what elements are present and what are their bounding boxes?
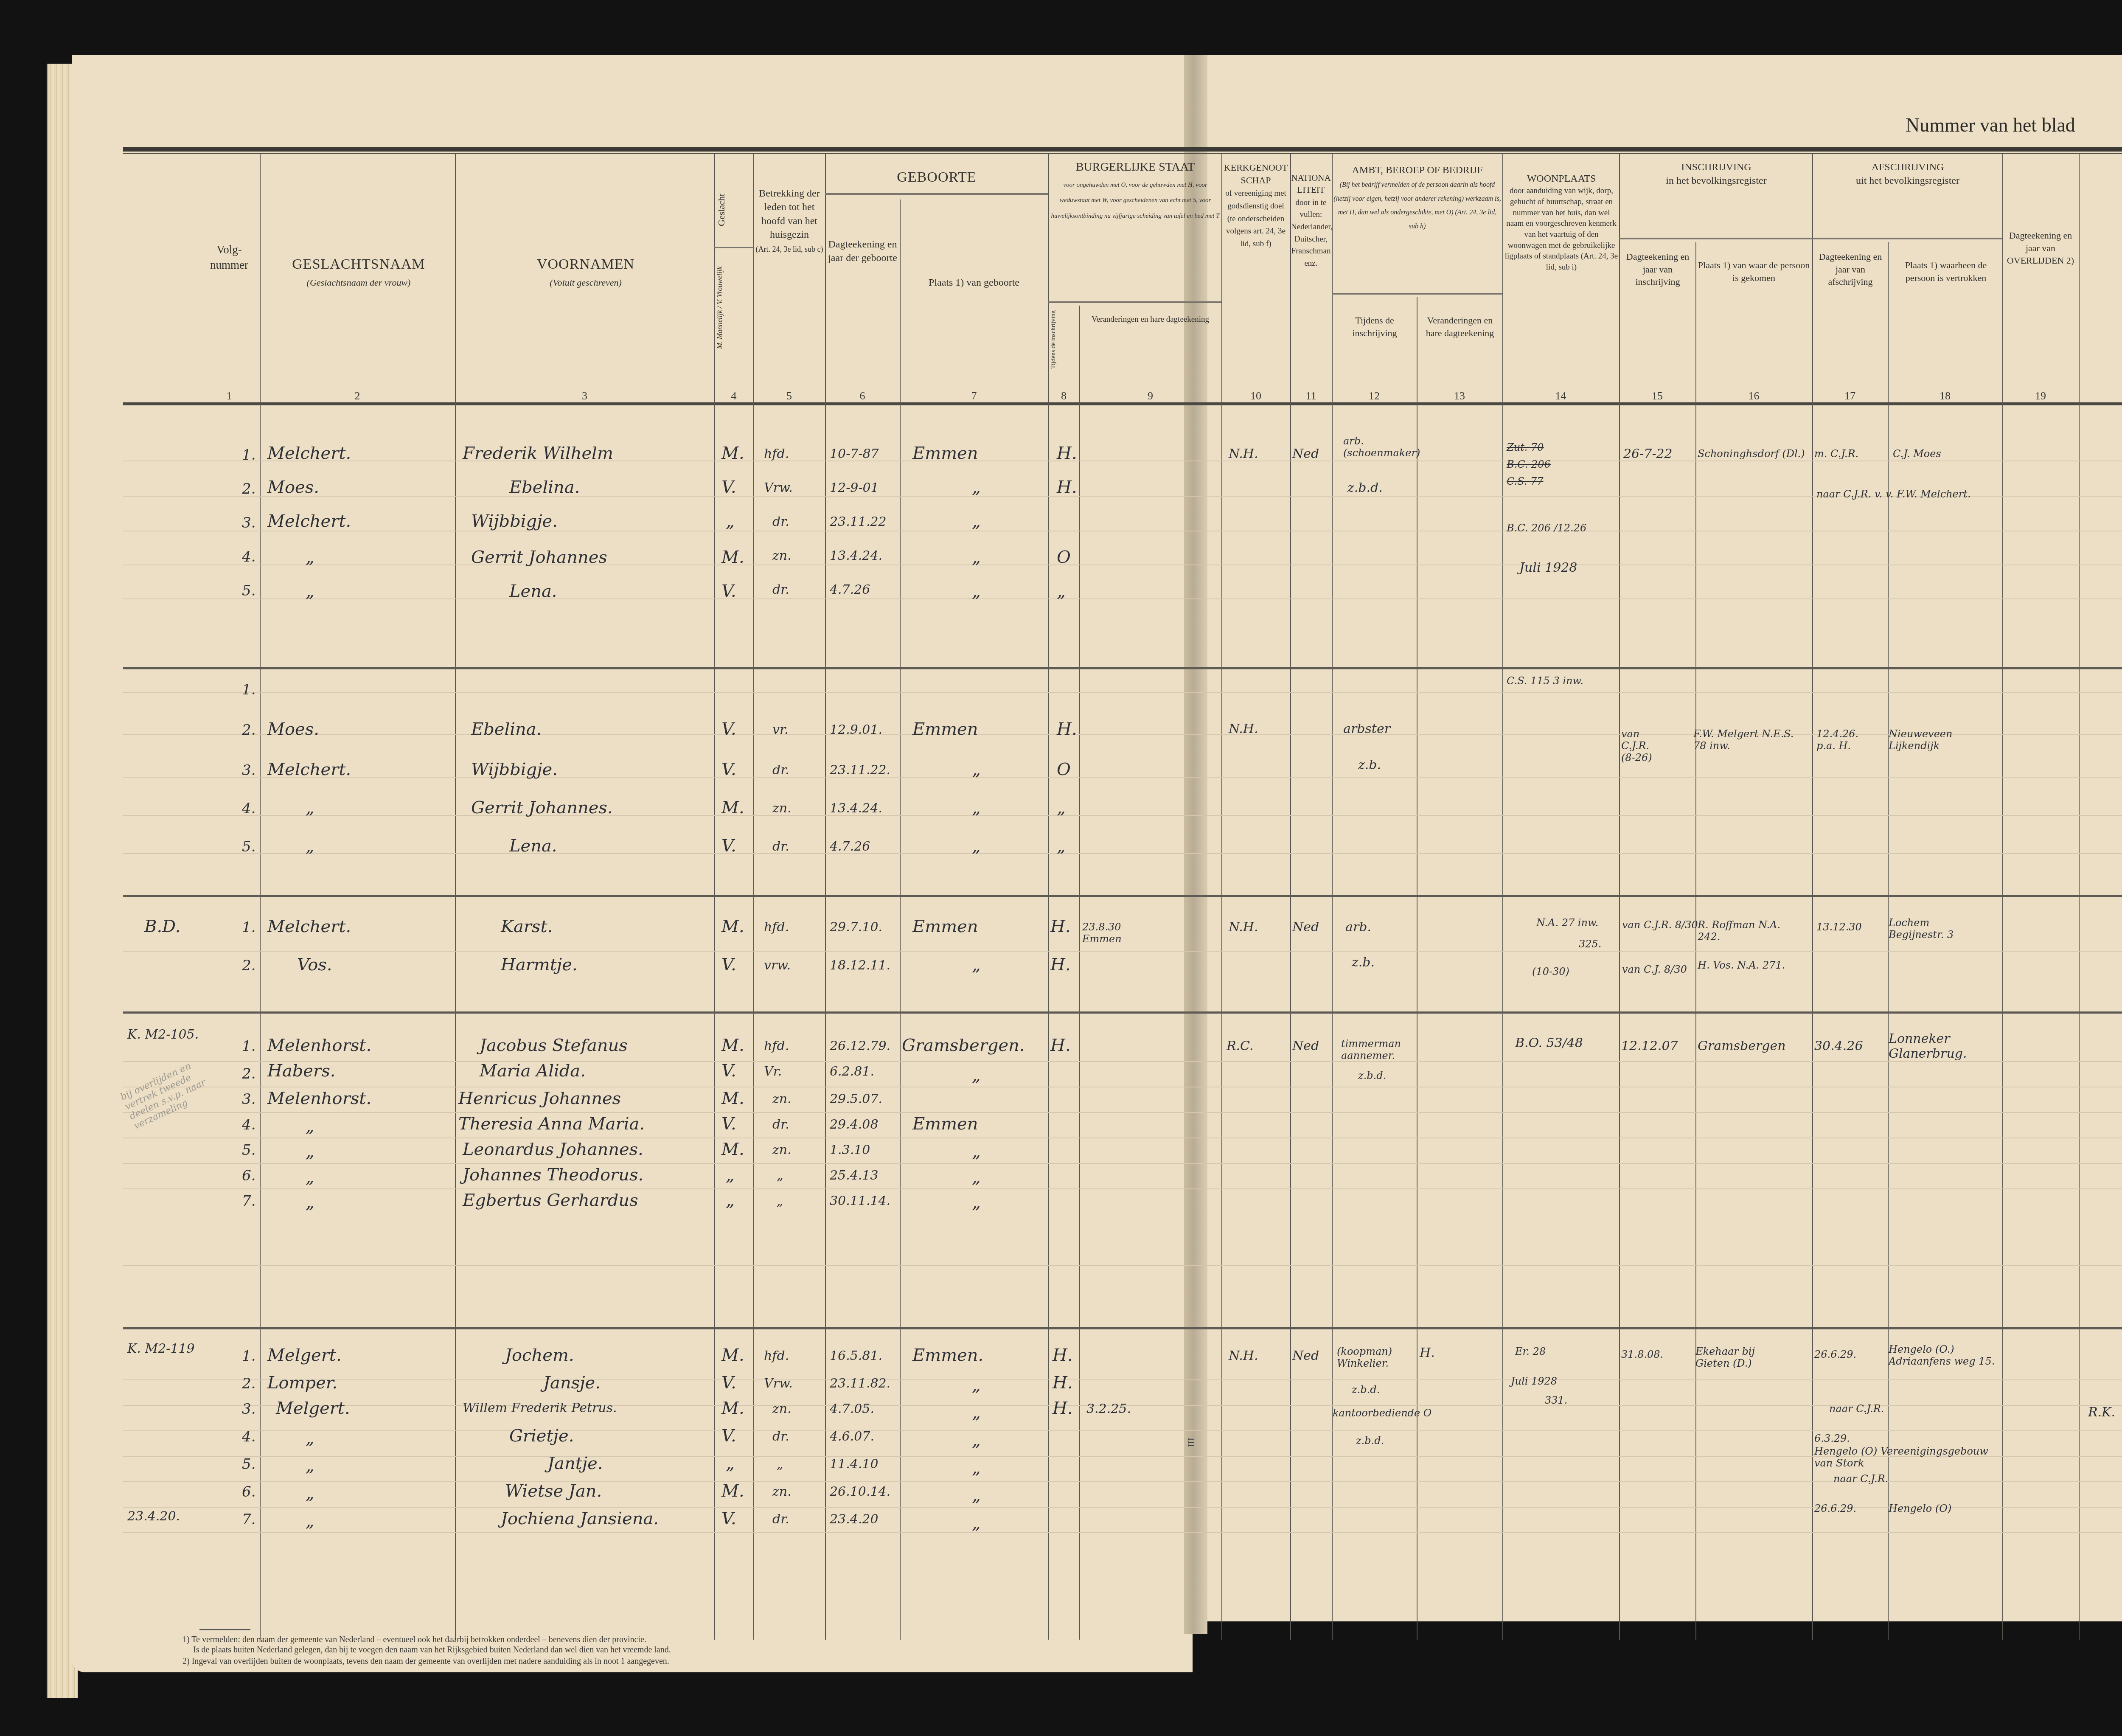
right-page [1195, 55, 2122, 1621]
relation: Vrw. [764, 480, 793, 495]
given-names: Egbertus Gerhardus [463, 1191, 638, 1210]
residence: (10-30) [1532, 966, 1569, 978]
margin-date: 23.4.20. [127, 1509, 180, 1524]
header-burgerlijke-staat-note: voor ongehuwden met O, voor de gehuwden … [1051, 182, 1219, 219]
nationality: Ned [1292, 447, 1319, 461]
group-rule-ambt [1332, 293, 1502, 295]
row-number: 7. [242, 1511, 255, 1528]
sex: M. [721, 798, 744, 817]
sex: „ [726, 1454, 735, 1473]
relation: dr. [772, 1429, 789, 1444]
residence: C.S. 115 3 inw. [1507, 675, 1583, 687]
registration-from-2: H. Vos. N.A. 271. [1698, 959, 1791, 971]
gutter-signature-mark: III [1186, 1438, 1197, 1447]
relation: dr. [772, 514, 789, 529]
registration-from: Ekehaar bij Gieten (D.) [1695, 1346, 1780, 1369]
header-inschrijving-sub: in het bevolkingsregister [1666, 175, 1766, 186]
birth-place: „ [972, 1486, 981, 1505]
row-number: 7. [242, 1193, 255, 1210]
birth-place: „ [972, 1193, 981, 1212]
col-num: 2 [260, 390, 455, 402]
given-names: Frederik Wilhelm [463, 444, 613, 463]
col-sep [900, 199, 901, 1640]
relation: dr. [772, 839, 789, 854]
col-num: 20 [2079, 390, 2122, 402]
header-geslachtsnaam: GESLACHTSNAAM(Geslachtsnaam der vrouw) [263, 255, 454, 289]
occupation: arb. [1345, 920, 1371, 935]
header-geboorte: GEBOORTE [825, 168, 1048, 187]
relation: dr. [772, 1512, 789, 1527]
ruled-line [123, 815, 2122, 816]
deregistration-to: Hengelo (O.) Adriaanfens weg 15. [1889, 1343, 1999, 1367]
header-betrekking-title: Betrekking der leden tot het hoofd van h… [759, 188, 820, 240]
header-bottom-rule [123, 402, 2122, 405]
birth-place: „ [972, 1458, 981, 1478]
residence: N.A. 27 inw. [1536, 917, 1598, 929]
header-voornamen: VOORNAMEN(Voluit geschreven) [458, 255, 713, 289]
sheet-number-label: Nummer van het blad [1906, 114, 2075, 136]
ruled-line [123, 1379, 2122, 1380]
footnote-2: 2) Ingeval van overlijden buiten de woon… [182, 1657, 669, 1666]
col-num: 19 [2002, 390, 2079, 402]
deregistration-to-2: Hengelo (O) Vereenigingsgebouw van Stork [1814, 1445, 2001, 1469]
birth-place: „ [972, 1065, 981, 1085]
relation: zn. [772, 548, 792, 563]
col-sep [1417, 297, 1417, 1640]
header-afschrijving: AFSCHRIJVINGuit het bevolkingsregister [1814, 160, 2001, 188]
birth-place: „ [972, 760, 981, 779]
church: N.H. [1229, 920, 1258, 935]
row-number: 2. [242, 1065, 255, 1082]
ruled-line [123, 1163, 2122, 1164]
deregistration-to: Lochem Begijnestr. 3 [1889, 917, 1973, 941]
sex: M. [721, 1481, 744, 1501]
header-bs-tijdens: Tijdens de inschrijving [1049, 310, 1078, 369]
header-betrekking-sub: (Art. 24, 3e lid, sub c) [756, 245, 823, 253]
birth-date: 23.11.22 [830, 514, 887, 529]
surname: „ [306, 798, 314, 817]
header-afschrijving-sub: uit het bevolkingsregister [1856, 175, 1959, 186]
given-names: Jochem. [505, 1346, 574, 1365]
header-inschrijving-plaats: Plaats 1) van waar de persoon is gekomen [1698, 259, 1810, 284]
household-separator [123, 1011, 2122, 1014]
relation: Vrw. [764, 1376, 793, 1391]
col-sep [825, 154, 826, 1640]
row-number: 4. [242, 548, 255, 565]
residence: B.C. 206 /12.26 [1507, 522, 1586, 534]
occupation-2: z.b.d. [1358, 1070, 1386, 1081]
header-nationaliteit-title: NATIONALITEIT [1291, 173, 1330, 195]
ruled-line [123, 1430, 2122, 1431]
birth-date: 23.4.20 [830, 1512, 879, 1527]
birth-date: 25.4.13 [830, 1168, 879, 1183]
header-inschrijving-datum: Dagteekening en jaar van inschrijving [1621, 250, 1694, 288]
civil-status: H. [1050, 1036, 1071, 1055]
civil-status: H. [1053, 1373, 1073, 1393]
relation: vr. [772, 722, 789, 737]
ruled-line [123, 1532, 2122, 1533]
relation: zn. [772, 1143, 792, 1157]
given-names: Willem Frederik Petrus. [463, 1401, 617, 1416]
ruled-line [123, 598, 2122, 599]
col-num: 16 [1695, 390, 1812, 402]
header-geslacht: Geslacht [715, 178, 752, 242]
sex: „ [726, 511, 735, 531]
deregistration-to: Nieuweveen Lijkendijk [1889, 728, 1965, 752]
given-names: Theresia Anna Maria. [458, 1114, 645, 1134]
ruled-line [123, 1481, 2122, 1482]
surname: Moes. [267, 719, 319, 739]
registration-from: R. Roffman N.A. 242. [1698, 919, 1791, 943]
residence: C.S. 77 [1507, 475, 1544, 487]
birth-place: „ [972, 1142, 981, 1161]
row-number: 1. [242, 447, 255, 463]
relation: „ [777, 1457, 783, 1472]
ruled-line [123, 531, 2122, 531]
deregistration-note: naar C.J.R. v. v. F.W. Melchert. [1816, 488, 1971, 500]
civil-status: „ [1057, 798, 1066, 817]
surname: Melchert. [267, 917, 351, 936]
row-number: 2. [242, 480, 255, 497]
church: N.H. [1229, 447, 1258, 461]
row-number: 2. [242, 1375, 255, 1392]
household-separator [123, 895, 2122, 897]
header-nationaliteit-sub: door in te vullen: Nederlander, Duitsche… [1291, 198, 1333, 268]
surname: Vos. [297, 955, 332, 975]
header-woonplaats-sub: door aanduiding van wijk, dorp, gehucht … [1505, 186, 1618, 271]
surname: Melgert. [267, 1346, 342, 1365]
sex: M. [721, 917, 744, 936]
birth-place: „ [972, 1375, 981, 1395]
row-number: 4. [242, 800, 255, 817]
header-ambt: AMBT, BEROEP OF BEDRIJF(Bij het bedrijf … [1333, 163, 1501, 232]
group-rule-inschrijving [1619, 238, 1812, 239]
surname: Melenhorst. [267, 1089, 371, 1108]
relation: zn. [772, 801, 792, 816]
birth-date: 6.2.81. [830, 1064, 874, 1079]
given-names: Jochiena Jansiena. [501, 1509, 659, 1528]
remark-2: R.K. [2088, 1405, 2115, 1420]
birth-place: „ [972, 1430, 981, 1450]
nationality: Ned [1292, 920, 1319, 935]
header-geslachtsnaam-sub: (Geslachtsnaam der vrouw) [307, 277, 411, 288]
ruled-line [123, 1265, 2122, 1266]
birth-date: 29.7.10. [830, 920, 882, 935]
row-number: 1. [242, 1038, 255, 1055]
surname: Melenhorst. [267, 1036, 371, 1055]
ruled-line [123, 1087, 2122, 1087]
row-number: 4. [242, 1116, 255, 1133]
surname: „ [306, 1116, 314, 1136]
occupation-2: z.b. [1352, 955, 1375, 970]
header-voornamen-title: VOORNAMEN [537, 256, 634, 272]
col-sep [2079, 154, 2080, 1640]
birth-date: 13.4.24. [830, 801, 882, 816]
civil-status: H. [1050, 917, 1071, 936]
residence: B.C. 206 [1507, 458, 1551, 470]
civil-status: O [1057, 760, 1071, 779]
row-number: 2. [242, 722, 255, 739]
header-ambt-note: (Bij het bedrijf vermelden of de persoon… [1333, 181, 1501, 230]
church: R.C. [1227, 1039, 1254, 1053]
residence: B.O. 53/48 [1515, 1036, 1583, 1051]
margin-reference: K. M2-105. [127, 1027, 199, 1042]
row-number: 5. [242, 1456, 255, 1473]
sex: M. [721, 1399, 744, 1418]
given-names: Harmtje. [501, 955, 578, 975]
ruled-line [123, 853, 2122, 854]
col-sep [1048, 154, 1049, 1640]
birth-place: Gramsbergen. [902, 1036, 1025, 1055]
margin-reference: K. M2-119 [127, 1341, 195, 1356]
header-betrekking: Betrekking der leden tot het hoofd van h… [755, 187, 823, 256]
given-names: Lena. [509, 581, 557, 601]
birth-place: Emmen [912, 1114, 978, 1134]
sex: V. [721, 581, 736, 601]
col-sep [1290, 154, 1291, 1640]
birth-date: 26.12.79. [830, 1039, 890, 1053]
sex: V. [721, 1509, 736, 1528]
header-geslachtsnaam-title: GESLACHTSNAAM [292, 256, 425, 272]
civil-status: O [1057, 548, 1071, 567]
relation: dr. [772, 1117, 789, 1132]
registration-from: Schoninghsdorf (Dl.) [1698, 448, 1805, 460]
given-names: Jacobus Stefanus [480, 1036, 628, 1055]
row-number: 3. [242, 1091, 255, 1108]
relation: hfd. [764, 1348, 789, 1363]
group-rule-afschrijving [1812, 238, 2002, 239]
surname: Melchert. [267, 444, 351, 463]
birth-date: 11.4.10 [830, 1457, 879, 1472]
surname: „ [306, 1511, 314, 1531]
footnote-1b: Is de plaats buiten Nederland gelegen, d… [193, 1645, 671, 1655]
sex: M. [721, 1140, 744, 1159]
header-burgerlijke-staat: BURGERLIJKE STAATvoor ongehuwden met O, … [1050, 159, 1220, 222]
col-sep [714, 154, 715, 1640]
occupation-2: z.b.d. [1347, 480, 1383, 495]
relation: dr. [772, 582, 789, 597]
given-names: Leonardus Johannes. [463, 1140, 643, 1159]
birth-place: „ [972, 1513, 981, 1533]
header-overlijden: Dagteekening en jaar van OVERLIJDEN 2) [2004, 229, 2077, 267]
relation: hfd. [764, 1039, 789, 1053]
ruled-line [123, 777, 2122, 778]
ruled-line [123, 1061, 2122, 1062]
birth-date: 29.4.08 [830, 1117, 879, 1132]
birth-place: „ [972, 511, 981, 531]
occupation-3: kantoorbediende O [1333, 1407, 1432, 1419]
birth-date: 13.4.24. [830, 548, 882, 563]
birth-date: 29.5.07. [830, 1092, 882, 1107]
sex: V. [721, 478, 736, 497]
birth-place: „ [972, 1403, 981, 1422]
occupation-2: z.b.d. [1352, 1384, 1380, 1396]
ruled-line [123, 1188, 2122, 1189]
group-rule-geboorte [825, 193, 1048, 195]
header-kerkgenootschap-sub: of vereeniging met godsdienstig doel (te… [1225, 189, 1286, 248]
deregistration-to: Lonneker Glanerbrug. [1889, 1031, 1982, 1061]
relation: zn. [772, 1484, 792, 1499]
col-num: 1 [199, 390, 259, 402]
sex: V. [721, 955, 736, 975]
deregistration-note: naar C.J.R. [1829, 1403, 1884, 1415]
col-num: 5 [753, 390, 825, 402]
birth-date: 26.10.14. [830, 1484, 890, 1499]
civil-status-change: 23.8.30 Emmen [1082, 921, 1129, 945]
given-names: Gerrit Johannes [471, 548, 607, 567]
row-number: 1. [242, 919, 255, 936]
church: N.H. [1229, 722, 1258, 736]
surname: Moes. [267, 478, 319, 497]
nationality: Ned [1292, 1348, 1319, 1363]
deregistration-to: C.J. Moes [1893, 448, 1941, 460]
residence: Zut. 70 [1507, 441, 1544, 453]
header-inschrijving-title: INSCHRIJVING [1681, 162, 1751, 173]
header-burgerlijke-staat-title: BURGERLIJKE STAAT [1076, 160, 1195, 174]
civil-status: H. [1057, 719, 1077, 739]
deregistration-date: 26.6.29. [1814, 1348, 1856, 1360]
given-names: Ebelina. [471, 719, 542, 739]
given-names: Ebelina. [509, 478, 580, 497]
birth-place: Emmen. [912, 1346, 983, 1365]
col-sep [1502, 154, 1503, 1640]
header-volgnummer: Volg-nummer [199, 242, 259, 273]
sex: V. [721, 719, 736, 739]
header-afschrijving-datum: Dagteekening en jaar van afschrijving [1814, 250, 1886, 288]
birth-place: „ [972, 548, 981, 567]
birth-place: „ [972, 798, 981, 817]
relation: dr. [772, 763, 789, 778]
given-names: Jantje. [547, 1454, 603, 1473]
residence: Juli 1928 [1519, 560, 1577, 575]
given-names: Wijbbigje. [471, 760, 558, 779]
residence: 331. [1545, 1394, 1567, 1406]
surname: „ [306, 1167, 314, 1187]
civil-status: H. [1053, 1346, 1073, 1365]
header-afschrijving-plaats: Plaats 1) waarheen de persoon is vertrok… [1891, 259, 2001, 284]
header-woonplaats-title: WOONPLAATS [1527, 173, 1596, 184]
row-number: 3. [242, 1401, 255, 1418]
ruled-line [123, 1112, 2122, 1113]
occupation: arb. (schoenmaker) [1343, 435, 1415, 459]
household-separator [123, 667, 2122, 669]
sex: V. [721, 1061, 736, 1081]
given-names: Gerrit Johannes. [471, 798, 613, 817]
birth-place: „ [972, 1167, 981, 1187]
registration-from: F.W. Melgert N.E.S. 78 inw. [1693, 728, 1799, 752]
surname: Melchert. [267, 760, 351, 779]
header-voornamen-sub: (Voluit geschreven) [550, 277, 622, 288]
col-num: 14 [1502, 390, 1619, 402]
birth-date: 23.11.22. [830, 763, 890, 778]
surname: „ [306, 1193, 314, 1212]
birth-place: „ [972, 478, 981, 497]
row-number: 3. [242, 762, 255, 779]
sex: M. [721, 1346, 744, 1365]
birth-date: 10-7-87 [830, 447, 879, 461]
col-num: 3 [455, 390, 714, 402]
header-geboorte-datum: Dagteekening en jaar der geboorte [828, 238, 898, 265]
margin-note: B.D. [144, 917, 180, 936]
header-inschrijving: INSCHRIJVINGin het bevolkingsregister [1621, 160, 1811, 188]
registration-date: 31.8.08. [1621, 1348, 1663, 1360]
col-sep [753, 154, 754, 1640]
sex: M. [721, 1036, 744, 1055]
birth-date: 12.9.01. [830, 722, 882, 737]
residence: Er. 28 [1515, 1346, 1546, 1357]
sex: „ [726, 1165, 735, 1185]
deregistration-date: 12.4.26. p.a. H. [1816, 728, 1863, 752]
row-number: 5. [242, 838, 255, 855]
col-num: 4 [714, 390, 753, 402]
surname: „ [306, 1456, 314, 1475]
occupation: timmerman aannemer. [1341, 1038, 1413, 1062]
header-kerkgenootschap: KERKGENOOTSCHAPof vereeniging met godsdi… [1222, 161, 1289, 250]
surname: „ [306, 548, 314, 567]
given-names: Wijbbigje. [471, 511, 558, 531]
row-number: 4. [242, 1428, 255, 1445]
header-bs-veranderingen: Veranderingen en hare dagteekening [1081, 314, 1219, 325]
birth-date: 16.5.81. [830, 1348, 882, 1363]
sex: M. [721, 444, 744, 463]
given-names: Grietje. [509, 1426, 574, 1446]
occupation-head-flag: H. [1420, 1346, 1435, 1360]
birth-date: 4.6.07. [830, 1429, 874, 1444]
birth-place: Emmen [912, 444, 978, 463]
birth-place: „ [972, 581, 981, 601]
registration-from: Gramsbergen [1698, 1039, 1786, 1053]
surname: „ [306, 1142, 314, 1161]
relation: Vr. [764, 1064, 782, 1079]
deregistration-date: 13.12.30 [1816, 921, 1862, 933]
birth-date: 23.11.82. [830, 1376, 890, 1391]
deregistration-date: m. C.J.R. [1814, 448, 1858, 460]
sex: V. [721, 1114, 736, 1134]
sex-subrule [714, 247, 753, 248]
given-names: Henricus Johannes [458, 1089, 621, 1108]
col-sep [260, 154, 261, 1640]
registration-date: van C.J.R. (8-26) [1621, 728, 1659, 764]
birth-date: 4.7.26 [830, 582, 870, 597]
row-number: 6. [242, 1483, 255, 1500]
deregistration-note-2: naar C.J.R. [1833, 1473, 1888, 1485]
birth-place: Emmen [912, 719, 978, 739]
surname: „ [306, 1428, 314, 1448]
church: N.H. [1229, 1348, 1258, 1363]
given-names: Johannes Theodorus. [463, 1165, 643, 1185]
given-names: Karst. [501, 917, 553, 936]
surname: Melgert. [276, 1399, 350, 1418]
sex: V. [721, 1426, 736, 1446]
residence: 325. [1579, 938, 1601, 950]
civil-status: H. [1057, 444, 1077, 463]
registration-date-2: van C.J. 8/30 [1622, 964, 1687, 975]
col-num: 11 [1290, 390, 1332, 402]
col-sep [1079, 306, 1080, 1640]
col-num: 17 [1812, 390, 1888, 402]
left-page [72, 55, 1193, 1672]
ruled-line [123, 951, 2122, 952]
col-num: 8 [1048, 390, 1079, 402]
ruled-line [123, 692, 2122, 693]
birth-place: „ [972, 836, 981, 856]
birth-place: Emmen [912, 917, 978, 936]
ruled-line [123, 565, 2122, 565]
sex: V. [721, 760, 736, 779]
col-num: 7 [900, 390, 1048, 402]
header-geboorte-plaats: Plaats 1) van geboorte [902, 276, 1046, 289]
col-sep [1619, 154, 1620, 1640]
